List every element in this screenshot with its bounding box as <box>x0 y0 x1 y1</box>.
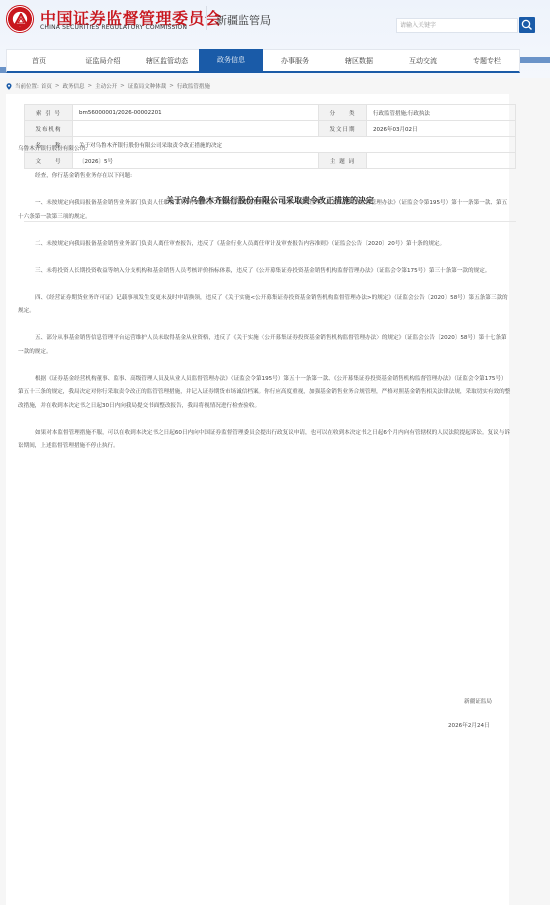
publisher-label: 发布机构 <box>25 121 73 137</box>
search-icon <box>521 19 533 31</box>
paragraph-issue-5: 五、部分从事基金销售信息管理平台运营维护人员未取得基金从业资格，违反了《关于实施… <box>18 332 512 359</box>
bureau-name: 新疆监管局 <box>216 12 271 28</box>
paragraph-issue-3: 三、未将投资人长期投资收益等纳入分支机构和基金销售人员考核评价指标体系，违反了《… <box>18 265 512 279</box>
breadcrumb: 当前位置: 首页 > 政务信息 > 主动公开 > 证监局文种体裁 > 行政监管措… <box>6 81 210 91</box>
issue-date-label: 发文日期 <box>319 121 367 137</box>
signature-date: 2026年2月24日 <box>448 721 518 729</box>
logo-title-en: CHINA SECURITIES REGULATORY COMMISSION <box>40 24 187 31</box>
paragraph-intro: 经查，你行基金销售业务存在以下问题: <box>18 170 512 184</box>
paragraph-issue-4: 四、《经营证券期货业务许可证》记载事项发生变更未及时申请换领，违反了《关于实施<… <box>18 292 512 319</box>
nav-item-special-topics[interactable]: 专题专栏 <box>455 50 519 71</box>
breadcrumb-government-info[interactable]: 政务信息 <box>62 82 84 90</box>
paragraph-issue-1: 一、未按规定向我局报备基金销售业务部门负责人任职备案材料，违反了《证券基金经营机… <box>18 197 512 224</box>
breadcrumb-separator: > <box>55 83 60 89</box>
nav-item-about[interactable]: 证监局介绍 <box>71 50 135 71</box>
nav-item-regional-news[interactable]: 辖区监管动态 <box>135 50 199 71</box>
document-body: 乌鲁木齐银行股份有限公司: 经查，你行基金销售业务存在以下问题: 一、未按规定向… <box>18 143 512 467</box>
nav-item-interaction[interactable]: 互动交流 <box>391 50 455 71</box>
breadcrumb-document-genre[interactable]: 证监局文种体裁 <box>128 82 167 90</box>
header-divider <box>206 6 207 30</box>
nav-item-services[interactable]: 办事服务 <box>263 50 327 71</box>
nav-accent-right <box>520 57 550 63</box>
category-label: 分 类 <box>319 105 367 121</box>
csrc-emblem-icon[interactable] <box>6 5 34 33</box>
location-pin-icon <box>6 83 12 90</box>
index-label: 索 引 号 <box>25 105 73 121</box>
signature-issuer: 新疆证监局 <box>448 697 508 705</box>
breadcrumb-regulatory-measures[interactable]: 行政监管措施 <box>177 82 210 90</box>
breadcrumb-home[interactable]: 首页 <box>41 82 52 90</box>
search-button[interactable] <box>519 17 535 33</box>
breadcrumb-separator: > <box>169 83 174 89</box>
nav-item-regional-data[interactable]: 辖区数据 <box>327 50 391 71</box>
nav-item-government-info[interactable]: 政务信息 <box>199 49 263 71</box>
main-nav: 首页 证监局介绍 辖区监管动态 政务信息 办事服务 辖区数据 互动交流 专题专栏 <box>6 49 520 73</box>
issue-date-value: 2026年03月02日 <box>367 121 516 137</box>
paragraph-decision: 根据《证券基金经营机构董事、监事、高级管理人员及从业人员监督管理办法》（证监会令… <box>18 373 512 414</box>
publisher-value <box>73 121 319 137</box>
nav-item-home[interactable]: 首页 <box>7 50 71 71</box>
breadcrumb-separator: > <box>88 83 93 89</box>
breadcrumb-prefix: 当前位置: <box>15 82 39 90</box>
breadcrumb-separator: > <box>120 83 125 89</box>
breadcrumb-proactive-disclosure[interactable]: 主动公开 <box>95 82 117 90</box>
paragraph-appeal: 如果对本监督管理措施不服，可以在收到本决定书之日起60日内向中国证券监督管理委员… <box>18 427 512 454</box>
search-input[interactable]: 请输入关键字 <box>396 18 518 33</box>
index-value: bm56000001/2026-00002201 <box>73 105 319 121</box>
paragraph-issue-2: 二、未按规定向我局报备基金销售业务部门负责人离任审查报告，违反了《基金行业人员离… <box>18 238 512 252</box>
category-value: 行政监管措施;行政执法 <box>367 105 516 121</box>
salutation: 乌鲁木齐银行股份有限公司: <box>18 143 512 157</box>
